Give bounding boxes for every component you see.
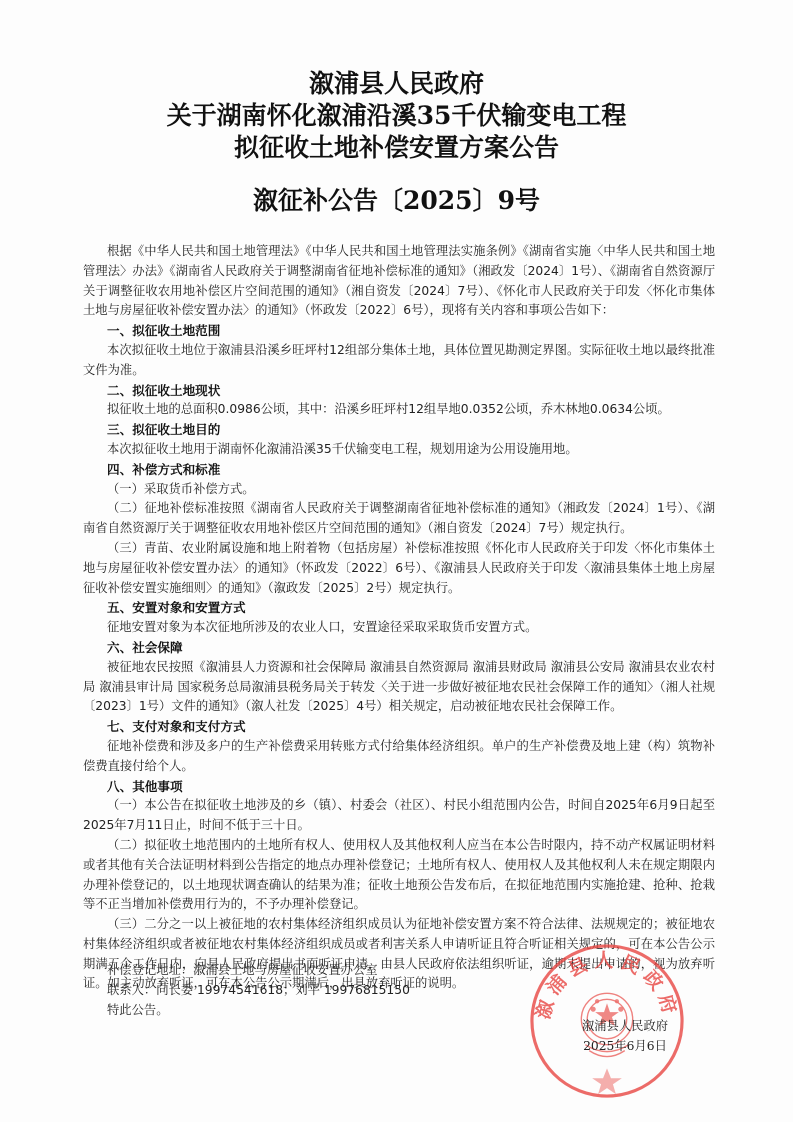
section-resettlement: 五、安置对象和安置方式 征地安置对象为本次征地所涉及的农业人口，安置途径采取采取… [83,598,715,638]
closing-statement: 特此公告。 [107,1000,410,1020]
section-heading: 五、安置对象和安置方式 [83,598,715,618]
document-page: 溆浦县人民政府 关于湖南怀化溆浦沿溪35千伏输变电工程 拟征收土地补偿安置方案公… [0,0,793,1122]
title-block: 溆浦县人民政府 关于湖南怀化溆浦沿溪35千伏输变电工程 拟征收土地补偿安置方案公… [0,68,793,218]
section-paragraph: （二）征地补偿标准按照《湖南省人民政府关于调整湖南省征地补偿标准的通知》（湘政发… [83,499,715,539]
section-paragraph: 征地安置对象为本次征地所涉及的农业人口，安置途径采取采取货币安置方式。 [83,618,715,638]
section-paragraph: 被征地农民按照《溆浦县人力资源和社会保障局 溆浦县自然资源局 溆浦县财政局 溆浦… [83,658,715,717]
section-heading: 六、社会保障 [83,638,715,658]
section-compensation: 四、补偿方式和标准 （一）采取货币补偿方式。 （二）征地补偿标准按照《湖南省人民… [83,460,715,599]
section-paragraph: （一）本公告在拟征收土地涉及的乡（镇）、村委会（社区）、村民小组范围内公告，时间… [83,796,715,836]
section-paragraph: 拟征收土地的总面积0.0986公顷，其中：沿溪乡旺坪村12组旱地0.0352公顷… [83,400,715,420]
document-number: 溆征补公告〔2025〕9号 [0,184,793,218]
footer-info: 补偿登记地址：溆浦县土地与房屋征收安置办公室 联系人：向长委 199745416… [107,960,410,1020]
section-paragraph: （二）拟征收土地范围内的土地所有权人、使用权人及其他权利人应当在本公告时限内，持… [83,836,715,915]
section-paragraph: 征地补偿费和涉及多户的生产补偿费采用转账方式付给集体经济组织。单户的生产补偿费及… [83,737,715,777]
notice-title: 拟征收土地补偿安置方案公告 [0,132,793,164]
signing-authority: 溆浦县人民政府 [555,1016,695,1036]
section-scope: 一、拟征收土地范围 本次拟征收土地位于溆浦县沿溪乡旺坪村12组部分集体土地，具体… [83,321,715,380]
section-paragraph: 本次拟征收土地用于湖南怀化溆浦沿溪35千伏输变电工程，规划用途为公用设施用地。 [83,440,715,460]
signing-date: 2025年6月6日 [555,1036,695,1056]
section-paragraph: 本次拟征收土地位于溆浦县沿溪乡旺坪村12组部分集体土地，具体位置见勘测定界图。实… [83,341,715,381]
section-purpose: 三、拟征收土地目的 本次拟征收土地用于湖南怀化溆浦沿溪35千伏输变电工程，规划用… [83,420,715,460]
section-heading: 八、其他事项 [83,777,715,797]
registration-address: 补偿登记地址：溆浦县土地与房屋征收安置办公室 [107,960,410,980]
section-social-security: 六、社会保障 被征地农民按照《溆浦县人力资源和社会保障局 溆浦县自然资源局 溆浦… [83,638,715,717]
section-heading: 三、拟征收土地目的 [83,420,715,440]
issuer-title: 溆浦县人民政府 [0,68,793,100]
section-heading: 二、拟征收土地现状 [83,381,715,401]
signature-block: 溆浦县人民政府 2025年6月6日 [555,1016,695,1056]
document-body: 根据《中华人民共和国土地管理法》《中华人民共和国土地管理法实施条例》《湖南省实施… [83,242,715,994]
project-title: 关于湖南怀化溆浦沿溪35千伏输变电工程 [0,100,793,132]
section-paragraph: （三）青苗、农业附属设施和地上附着物（包括房屋）补偿标准按照《怀化市人民政府关于… [83,539,715,598]
contact-info: 联系人：向长委 19974541618；刘平 19976815150 [107,980,410,1000]
section-heading: 四、补偿方式和标准 [83,460,715,480]
section-status: 二、拟征收土地现状 拟征收土地的总面积0.0986公顷，其中：沿溪乡旺坪村12组… [83,381,715,421]
section-payment: 七、支付对象和支付方式 征地补偿费和涉及多户的生产补偿费采用转账方式付给集体经济… [83,717,715,776]
section-heading: 七、支付对象和支付方式 [83,717,715,737]
section-heading: 一、拟征收土地范围 [83,321,715,341]
intro-paragraph: 根据《中华人民共和国土地管理法》《中华人民共和国土地管理法实施条例》《湖南省实施… [83,242,715,321]
section-paragraph: （一）采取货币补偿方式。 [83,480,715,500]
